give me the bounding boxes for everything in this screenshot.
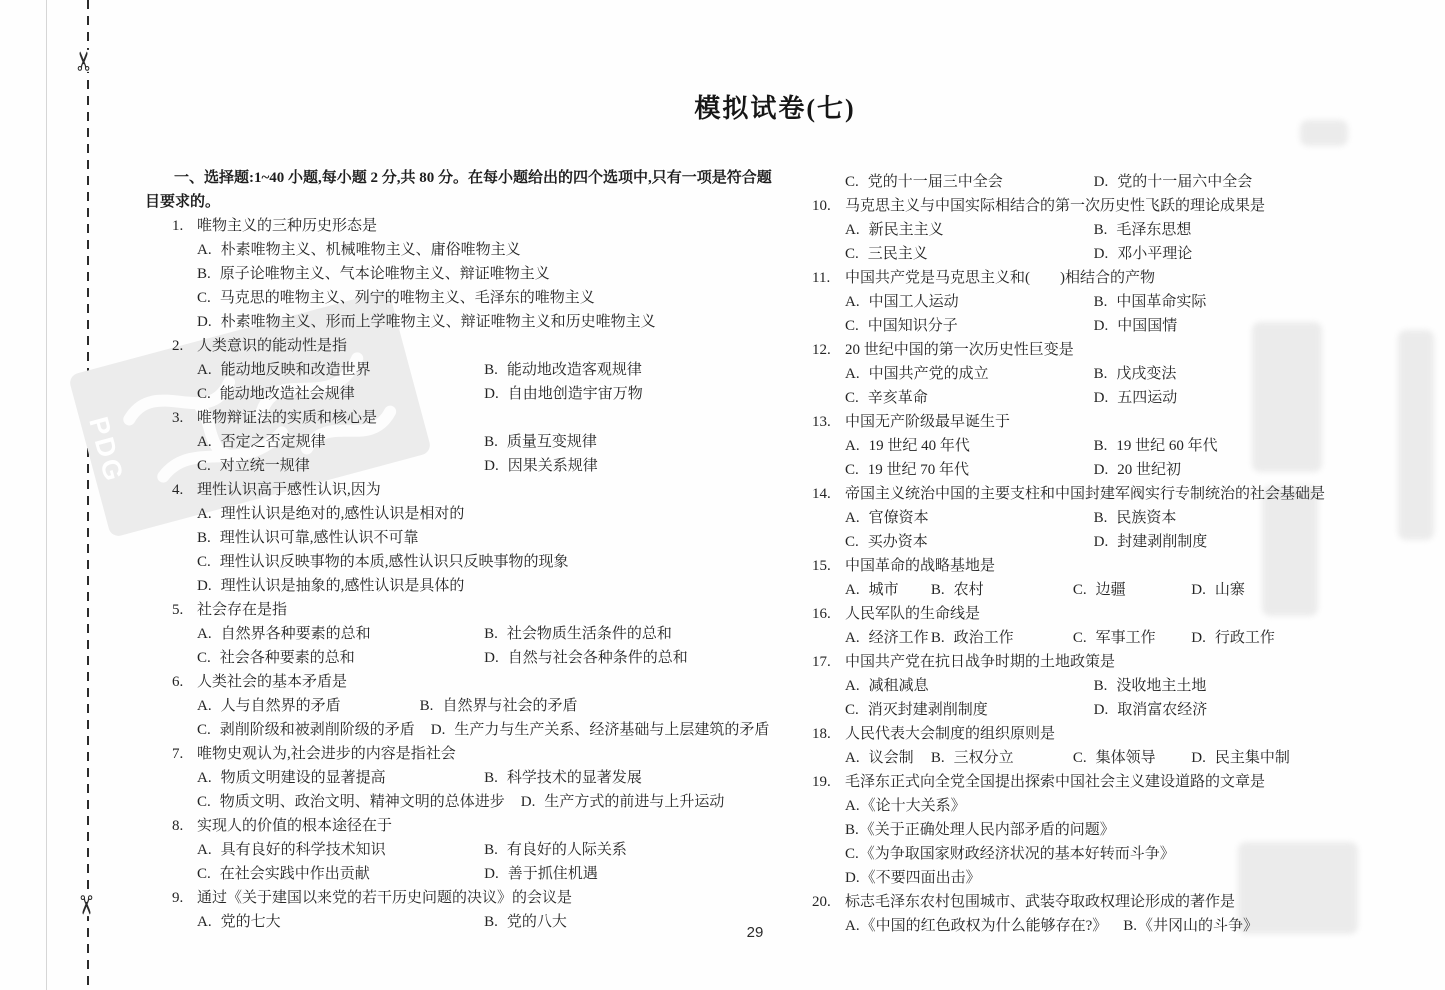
question-number: 18. — [812, 722, 845, 746]
option: B.三权分立 — [931, 746, 1073, 770]
option: A.城市 — [845, 578, 931, 602]
question-text: 毛泽东正式向全党全国提出探索中国社会主义建设道路的文章是 — [845, 770, 1265, 794]
option-label: C. — [1073, 750, 1087, 766]
option-row: C.社会各种要素的总和D.自然与社会各种条件的总和 — [145, 646, 783, 670]
option-label: B. — [484, 770, 498, 786]
question-number: 8. — [172, 814, 197, 838]
option-label: D. — [1094, 174, 1109, 190]
option-label: D. — [1191, 630, 1206, 646]
question-text: 马克思主义与中国实际相结合的第一次历史性飞跃的理论成果是 — [845, 194, 1265, 218]
option-label: A. — [845, 510, 860, 526]
page-title: 模拟试卷(七) — [400, 88, 1150, 125]
option-text: 消灭封建剥削制度 — [868, 702, 988, 718]
option-text: 党的十一届三中全会 — [868, 174, 1003, 190]
option-label: D. — [1191, 582, 1206, 598]
option-text: 具有良好的科学技术知识 — [221, 842, 386, 858]
option: C.集体领导 — [1073, 746, 1191, 770]
option-text: 农村 — [954, 582, 984, 598]
question-text: 标志毛泽东农村包围城市、武装夺取政权理论形成的著作是 — [845, 890, 1235, 914]
option-label: B. — [484, 842, 498, 858]
question-number: 10. — [812, 194, 845, 218]
option: D.邓小平理论 — [1094, 242, 1437, 266]
option-text: 减租减息 — [869, 678, 929, 694]
option-label: D. — [484, 866, 499, 882]
option: B.19 世纪 60 年代 — [1094, 434, 1437, 458]
question-stem: 14.帝国主义统治中国的主要支柱和中国封建军阀实行专制统治的社会基础是 — [812, 482, 1437, 506]
question-stem: 2.人类意识的能动性是指 — [145, 334, 783, 358]
option-text: 社会各种要素的总和 — [220, 650, 355, 666]
option-label: A. — [845, 918, 860, 934]
question-number: 4. — [172, 478, 197, 502]
option-text: 自然界各种要素的总和 — [221, 626, 371, 642]
option: D.理性认识是抽象的,感性认识是具体的 — [197, 578, 464, 594]
question-text: 唯物辩证法的实质和核心是 — [197, 406, 377, 430]
option-label: B. — [931, 750, 945, 766]
option-text: 剥削阶级和被剥削阶级的矛盾 — [220, 722, 415, 738]
option: B.民族资本 — [1094, 506, 1437, 530]
option-text: 在社会实践中作出贡献 — [220, 866, 370, 882]
option: D.朴素唯物主义、形而上学唯物主义、辩证唯物主义和历史唯物主义 — [197, 314, 656, 330]
question-number: 20. — [812, 890, 845, 914]
option-label: A. — [845, 222, 860, 238]
question-number: 5. — [172, 598, 197, 622]
option-text: 行政工作 — [1215, 630, 1275, 646]
option-label: A. — [845, 678, 860, 694]
cut-guide-dashed-line — [87, 0, 89, 990]
option-text: 民族资本 — [1116, 510, 1176, 526]
option: A.新民主主义 — [845, 218, 1094, 242]
option: B.中国革命实际 — [1094, 290, 1437, 314]
option: A.物质文明建设的显著提高 — [197, 766, 484, 790]
option: B.政治工作 — [931, 626, 1073, 650]
option: D.封建剥削制度 — [1094, 530, 1437, 554]
option-text: 中国革命实际 — [1116, 294, 1206, 310]
option-text: 中国工人运动 — [869, 294, 959, 310]
option: B.没收地主土地 — [1094, 674, 1437, 698]
option-text: 《关于正确处理人民内部矛盾的问题》 — [860, 822, 1115, 838]
question-number: 17. — [812, 650, 845, 674]
option-text: 军事工作 — [1096, 630, 1156, 646]
question-stem: 6.人类社会的基本矛盾是 — [145, 670, 783, 694]
question-stem: 15.中国革命的战略基地是 — [812, 554, 1437, 578]
option-text: 有良好的人际关系 — [507, 842, 627, 858]
option: B.质量互变规律 — [484, 430, 783, 454]
option-label: D. — [1191, 750, 1206, 766]
option-label: B. — [197, 530, 211, 546]
option-label: B. — [1094, 510, 1108, 526]
option-label: D. — [1094, 534, 1109, 550]
option-row: A.城市B.农村C.边疆D.山寨 — [812, 578, 1437, 602]
option: D.山寨 — [1191, 578, 1437, 602]
option-text: 没收地主土地 — [1116, 678, 1206, 694]
option-label: B. — [1094, 438, 1108, 454]
option-text: 买办资本 — [868, 534, 928, 550]
option-text: 朴素唯物主义、形而上学唯物主义、辩证唯物主义和历史唯物主义 — [221, 314, 656, 330]
scissors-icon: ✂ — [72, 894, 98, 916]
option-label: C. — [197, 794, 211, 810]
question-stem: 4.理性认识高于感性认识,因为 — [145, 478, 783, 502]
option-row: A.新民主主义B.毛泽东思想 — [812, 218, 1437, 242]
option-text: 能动地改造客观规律 — [507, 362, 642, 378]
option-text: 科学技术的显著发展 — [507, 770, 642, 786]
page-edge-line — [46, 0, 47, 990]
question-text: 帝国主义统治中国的主要支柱和中国封建军阀实行专制统治的社会基础是 — [845, 482, 1325, 506]
section-intro: 一、选择题:1~40 小题,每小题 2 分,共 80 分。在每小题给出的四个选项… — [145, 166, 783, 214]
option: C.党的十一届三中全会 — [845, 170, 1094, 194]
question-text: 人民代表大会制度的组织原则是 — [845, 722, 1055, 746]
option: B.农村 — [931, 578, 1073, 602]
option: A.否定之否定规律 — [197, 430, 484, 454]
option-row: A.减租减息B.没收地主土地 — [812, 674, 1437, 698]
question-text: 人类社会的基本矛盾是 — [197, 670, 347, 694]
option: C.物质文明、政治文明、精神文明的总体进步 — [197, 790, 505, 814]
question-number: 12. — [812, 338, 845, 362]
option-label: D. — [197, 314, 212, 330]
option-text: 边疆 — [1096, 582, 1126, 598]
option: C.在社会实践中作出贡献 — [197, 862, 484, 886]
option: D.取消富农经济 — [1094, 698, 1437, 722]
option: D.党的十一届六中全会 — [1094, 170, 1437, 194]
option: B.自然界与社会的矛盾 — [420, 694, 783, 718]
question-number: 11. — [812, 266, 845, 290]
option-text: 原子论唯物主义、气本论唯物主义、辩证唯物主义 — [220, 266, 550, 282]
option-label: A. — [197, 914, 212, 930]
option-row: A.官僚资本B.民族资本 — [812, 506, 1437, 530]
option-row: A.《中国的红色政权为什么能够存在?》B.《井冈山的斗争》 — [812, 914, 1437, 938]
option-text: 20 世纪初 — [1117, 462, 1181, 478]
question-number: 1. — [172, 214, 197, 238]
option-text: 自由地创造宇宙万物 — [508, 386, 643, 402]
option-label: B. — [420, 698, 434, 714]
option-label: D. — [1094, 390, 1109, 406]
question-text: 通过《关于建国以来党的若干历史问题的决议》的会议是 — [197, 886, 572, 910]
option-row: C.理性认识反映事物的本质,感性认识只反映事物的现象 — [145, 550, 783, 574]
option-row: A.议会制B.三权分立C.集体领导D.民主集中制 — [812, 746, 1437, 770]
option-text: 能动地改造社会规律 — [220, 386, 355, 402]
option-label: A. — [845, 750, 860, 766]
question-number: 19. — [812, 770, 845, 794]
option-text: 党的八大 — [507, 914, 567, 930]
option-label: C. — [845, 174, 859, 190]
option-row: D.理性认识是抽象的,感性认识是具体的 — [145, 574, 783, 598]
question-stem: 3.唯物辩证法的实质和核心是 — [145, 406, 783, 430]
option-text: 城市 — [869, 582, 899, 598]
question-number: 6. — [172, 670, 197, 694]
option-row: B.原子论唯物主义、气本论唯物主义、辩证唯物主义 — [145, 262, 783, 286]
option-row: C.19 世纪 70 年代D.20 世纪初 — [812, 458, 1437, 482]
option-row: A.中国共产党的成立B.戊戌变法 — [812, 362, 1437, 386]
option-text: 山寨 — [1215, 582, 1245, 598]
option-text: 三民主义 — [868, 246, 928, 262]
option-label: B. — [1094, 366, 1108, 382]
option-text: 议会制 — [869, 750, 914, 766]
option-label: B. — [845, 822, 859, 838]
option-text: 19 世纪 70 年代 — [868, 462, 969, 478]
option-text: 质量互变规律 — [507, 434, 597, 450]
option-row: A.党的七大B.党的八大 — [145, 910, 783, 934]
question-text: 中国革命的战略基地是 — [845, 554, 995, 578]
question-number: 7. — [172, 742, 197, 766]
option-row: A.《论十大关系》 — [812, 794, 1437, 818]
option: D.行政工作 — [1191, 626, 1437, 650]
option: C.能动地改造社会规律 — [197, 382, 484, 406]
option-row: A.否定之否定规律B.质量互变规律 — [145, 430, 783, 454]
question-stem: 9.通过《关于建国以来党的若干历史问题的决议》的会议是 — [145, 886, 783, 910]
option-row: A.理性认识是绝对的,感性认识是相对的 — [145, 502, 783, 526]
option-label: A. — [197, 770, 212, 786]
option: B.科学技术的显著发展 — [484, 766, 783, 790]
page-number: 29 — [700, 924, 810, 941]
option-label: B. — [484, 626, 498, 642]
option: A.能动地反映和改造世界 — [197, 358, 484, 382]
option: B.社会物质生活条件的总和 — [484, 622, 783, 646]
option-text: 五四运动 — [1117, 390, 1177, 406]
option-label: A. — [845, 582, 860, 598]
option-text: 理性认识是绝对的,感性认识是相对的 — [221, 506, 465, 522]
option-row: B.理性认识可靠,感性认识不可靠 — [145, 526, 783, 550]
question-number: 3. — [172, 406, 197, 430]
question-number: 2. — [172, 334, 197, 358]
option-text: 官僚资本 — [869, 510, 929, 526]
option-row: C.中国知识分子D.中国国情 — [812, 314, 1437, 338]
option: C.理性认识反映事物的本质,感性认识只反映事物的现象 — [197, 554, 569, 570]
question-text: 人民军队的生命线是 — [845, 602, 980, 626]
option-label: A. — [197, 434, 212, 450]
option: D.自然与社会各种条件的总和 — [484, 646, 783, 670]
option-label: C. — [845, 462, 859, 478]
option-label: B. — [484, 434, 498, 450]
option-label: D. — [484, 386, 499, 402]
option-label: A. — [197, 362, 212, 378]
option-row: C.物质文明、政治文明、精神文明的总体进步D.生产方式的前进与上升运动 — [145, 790, 783, 814]
option: D.20 世纪初 — [1094, 458, 1437, 482]
option-row: A.19 世纪 40 年代B.19 世纪 60 年代 — [812, 434, 1437, 458]
option: D.生产力与生产关系、经济基础与上层建筑的矛盾 — [431, 718, 770, 742]
option-text: 《论十大关系》 — [861, 798, 966, 814]
option-label: D. — [1094, 462, 1109, 478]
question-stem: 13.中国无产阶级最早诞生于 — [812, 410, 1437, 434]
option: A.中国工人运动 — [845, 290, 1094, 314]
option-row: C.《为争取国家财政经济状况的基本好转而斗争》 — [812, 842, 1437, 866]
option-label: B. — [1094, 678, 1108, 694]
option: C.买办资本 — [845, 530, 1094, 554]
question-text: 社会存在是指 — [197, 598, 287, 622]
option-label: A. — [845, 438, 860, 454]
option-label: A. — [197, 242, 212, 258]
question-stem: 10.马克思主义与中国实际相结合的第一次历史性飞跃的理论成果是 — [812, 194, 1437, 218]
option: D.五四运动 — [1094, 386, 1437, 410]
option-label: C. — [197, 386, 211, 402]
option-row: A.具有良好的科学技术知识B.有良好的人际关系 — [145, 838, 783, 862]
option-text: 辛亥革命 — [868, 390, 928, 406]
option: C.三民主义 — [845, 242, 1094, 266]
option-label: A. — [845, 366, 860, 382]
option: C.中国知识分子 — [845, 314, 1094, 338]
option-label: B. — [1094, 294, 1108, 310]
question-stem: 11.中国共产党是马克思主义和( )相结合的产物 — [812, 266, 1437, 290]
option-label: B. — [484, 362, 498, 378]
option-label: D. — [484, 458, 499, 474]
option-label: D. — [1094, 246, 1109, 262]
option: A.朴素唯物主义、机械唯物主义、庸俗唯物主义 — [197, 242, 521, 258]
option-label: C. — [197, 650, 211, 666]
option-text: 封建剥削制度 — [1117, 534, 1207, 550]
option-text: 理性认识是抽象的,感性认识是具体的 — [221, 578, 465, 594]
option: D.民主集中制 — [1191, 746, 1437, 770]
option-row: A.自然界各种要素的总和B.社会物质生活条件的总和 — [145, 622, 783, 646]
option: D.中国国情 — [1094, 314, 1437, 338]
option-label: C. — [197, 722, 211, 738]
question-number: 15. — [812, 554, 845, 578]
option-row: C.剥削阶级和被剥削阶级的矛盾D.生产力与生产关系、经济基础与上层建筑的矛盾 — [145, 718, 783, 742]
option-label: C. — [845, 846, 859, 862]
option-text: 19 世纪 40 年代 — [869, 438, 970, 454]
option: B.毛泽东思想 — [1094, 218, 1437, 242]
question-stem: 12.20 世纪中国的第一次历史性巨变是 — [812, 338, 1437, 362]
question-number: 14. — [812, 482, 845, 506]
option-label: C. — [197, 866, 211, 882]
option-text: 自然界与社会的矛盾 — [442, 698, 577, 714]
option-row: C.三民主义D.邓小平理论 — [812, 242, 1437, 266]
option: C.辛亥革命 — [845, 386, 1094, 410]
question-stem: 7.唯物史观认为,社会进步的内容是指社会 — [145, 742, 783, 766]
option: A.议会制 — [845, 746, 931, 770]
question-list-left: 1.唯物主义的三种历史形态是A.朴素唯物主义、机械唯物主义、庸俗唯物主义B.原子… — [145, 214, 783, 934]
option-label: C. — [197, 290, 211, 306]
option-row: D.朴素唯物主义、形而上学唯物主义、辩证唯物主义和历史唯物主义 — [145, 310, 783, 334]
option-row: C.消灭封建剥削制度D.取消富农经济 — [812, 698, 1437, 722]
question-text: 人类意识的能动性是指 — [197, 334, 347, 358]
option-text: 因果关系规律 — [508, 458, 598, 474]
option: C.剥削阶级和被剥削阶级的矛盾 — [197, 718, 415, 742]
option-text: 《中国的红色政权为什么能够存在?》 — [861, 918, 1108, 934]
option: D.因果关系规律 — [484, 454, 783, 478]
question-text: 20 世纪中国的第一次历史性巨变是 — [845, 338, 1074, 362]
question-text: 理性认识高于感性认识,因为 — [197, 478, 381, 502]
question-number: 16. — [812, 602, 845, 626]
option: D.自由地创造宇宙万物 — [484, 382, 783, 406]
question-stem: 8.实现人的价值的根本途径在于 — [145, 814, 783, 838]
option: C.19 世纪 70 年代 — [845, 458, 1094, 482]
option-text: 取消富农经济 — [1117, 702, 1207, 718]
option: C.军事工作 — [1073, 626, 1191, 650]
option: C.社会各种要素的总和 — [197, 646, 484, 670]
option-text: 戊戌变法 — [1116, 366, 1176, 382]
option: B.《井冈山的斗争》 — [1123, 914, 1258, 938]
option-label: C. — [845, 534, 859, 550]
question-stem: 5.社会存在是指 — [145, 598, 783, 622]
option-label: B. — [484, 914, 498, 930]
option-text: 自然与社会各种条件的总和 — [508, 650, 688, 666]
option-text: 新民主主义 — [869, 222, 944, 238]
option-text: 党的十一届六中全会 — [1117, 174, 1252, 190]
question-stem: 17.中国共产党在抗日战争时期的土地政策是 — [812, 650, 1437, 674]
option: B.能动地改造客观规律 — [484, 358, 783, 382]
option-label: B. — [931, 630, 945, 646]
option: A.19 世纪 40 年代 — [845, 434, 1094, 458]
option: A.自然界各种要素的总和 — [197, 622, 484, 646]
option-text: 三权分立 — [954, 750, 1014, 766]
option: B.理性认识可靠,感性认识不可靠 — [197, 530, 419, 546]
option-label: D. — [197, 578, 212, 594]
option-label: C. — [845, 318, 859, 334]
option-text: 中国知识分子 — [868, 318, 958, 334]
option-text: 社会物质生活条件的总和 — [507, 626, 672, 642]
question-stem: 1.唯物主义的三种历史形态是 — [145, 214, 783, 238]
option-label: C. — [1073, 630, 1087, 646]
option: B.戊戌变法 — [1094, 362, 1437, 386]
option-label: C. — [845, 390, 859, 406]
scanned-exam-page: ✂ ✂ PDG 模拟试卷(七) 一、选择题:1~40 小题,每小题 2 分,共 … — [0, 0, 1445, 990]
option-label: C. — [1073, 582, 1087, 598]
option-text: 集体领导 — [1096, 750, 1156, 766]
option-row: A.中国工人运动B.中国革命实际 — [812, 290, 1437, 314]
option-text: 人与自然界的矛盾 — [221, 698, 341, 714]
question-stem: 20.标志毛泽东农村包围城市、武装夺取政权理论形成的著作是 — [812, 890, 1437, 914]
option-text: 毛泽东思想 — [1116, 222, 1191, 238]
option-text: 经济工作 — [869, 630, 929, 646]
option-text: 理性认识反映事物的本质,感性认识只反映事物的现象 — [220, 554, 569, 570]
option-text: 否定之否定规律 — [221, 434, 326, 450]
option: C.《为争取国家财政经济状况的基本好转而斗争》 — [845, 846, 1175, 862]
option-label: D. — [1094, 318, 1109, 334]
option-text: 生产力与生产关系、经济基础与上层建筑的矛盾 — [454, 722, 769, 738]
option-row: A.经济工作B.政治工作C.军事工作D.行政工作 — [812, 626, 1437, 650]
option: C.边疆 — [1073, 578, 1191, 602]
question-text: 唯物史观认为,社会进步的内容是指社会 — [197, 742, 456, 766]
option-text: 中国国情 — [1117, 318, 1177, 334]
option: D.生产方式的前进与上升运动 — [521, 790, 725, 814]
option: D.善于抓住机遇 — [484, 862, 783, 886]
option: A.经济工作 — [845, 626, 931, 650]
option-row: B.《关于正确处理人民内部矛盾的问题》 — [812, 818, 1437, 842]
option-text: 19 世纪 60 年代 — [1116, 438, 1217, 454]
option: A.《中国的红色政权为什么能够存在?》 — [845, 914, 1107, 938]
option: A.减租减息 — [845, 674, 1094, 698]
option-label: A. — [845, 294, 860, 310]
option-row: C.辛亥革命D.五四运动 — [812, 386, 1437, 410]
option-row: C.能动地改造社会规律D.自由地创造宇宙万物 — [145, 382, 783, 406]
question-stem: 16.人民军队的生命线是 — [812, 602, 1437, 626]
option-row: C.在社会实践中作出贡献D.善于抓住机遇 — [145, 862, 783, 886]
question-stem: 18.人民代表大会制度的组织原则是 — [812, 722, 1437, 746]
option: A.《论十大关系》 — [845, 798, 966, 814]
option-text: 邓小平理论 — [1117, 246, 1192, 262]
option-label: D. — [845, 870, 860, 886]
option-text: 《不要四面出击》 — [861, 870, 981, 886]
option-label: D. — [1094, 702, 1109, 718]
option-text: 马克思的唯物主义、列宁的唯物主义、毛泽东的唯物主义 — [220, 290, 595, 306]
question-number: 13. — [812, 410, 845, 434]
option-text: 善于抓住机遇 — [508, 866, 598, 882]
option-label: D. — [431, 722, 446, 738]
option-label: D. — [484, 650, 499, 666]
question-text: 中国共产党是马克思主义和( )相结合的产物 — [845, 266, 1155, 290]
option-row: C.买办资本D.封建剥削制度 — [812, 530, 1437, 554]
option-text: 中国共产党的成立 — [869, 366, 989, 382]
option-text: 能动地反映和改造世界 — [221, 362, 371, 378]
option-label: A. — [197, 842, 212, 858]
option: C.消灭封建剥削制度 — [845, 698, 1094, 722]
question-text: 中国无产阶级最早诞生于 — [845, 410, 1010, 434]
option-text: 物质文明建设的显著提高 — [221, 770, 386, 786]
option-text: 政治工作 — [954, 630, 1014, 646]
option-label: B. — [197, 266, 211, 282]
scissors-icon: ✂ — [72, 50, 98, 72]
option: C.马克思的唯物主义、列宁的唯物主义、毛泽东的唯物主义 — [197, 290, 595, 306]
option-label: B. — [931, 582, 945, 598]
exam-column-left: 一、选择题:1~40 小题,每小题 2 分,共 80 分。在每小题给出的四个选项… — [145, 166, 783, 934]
